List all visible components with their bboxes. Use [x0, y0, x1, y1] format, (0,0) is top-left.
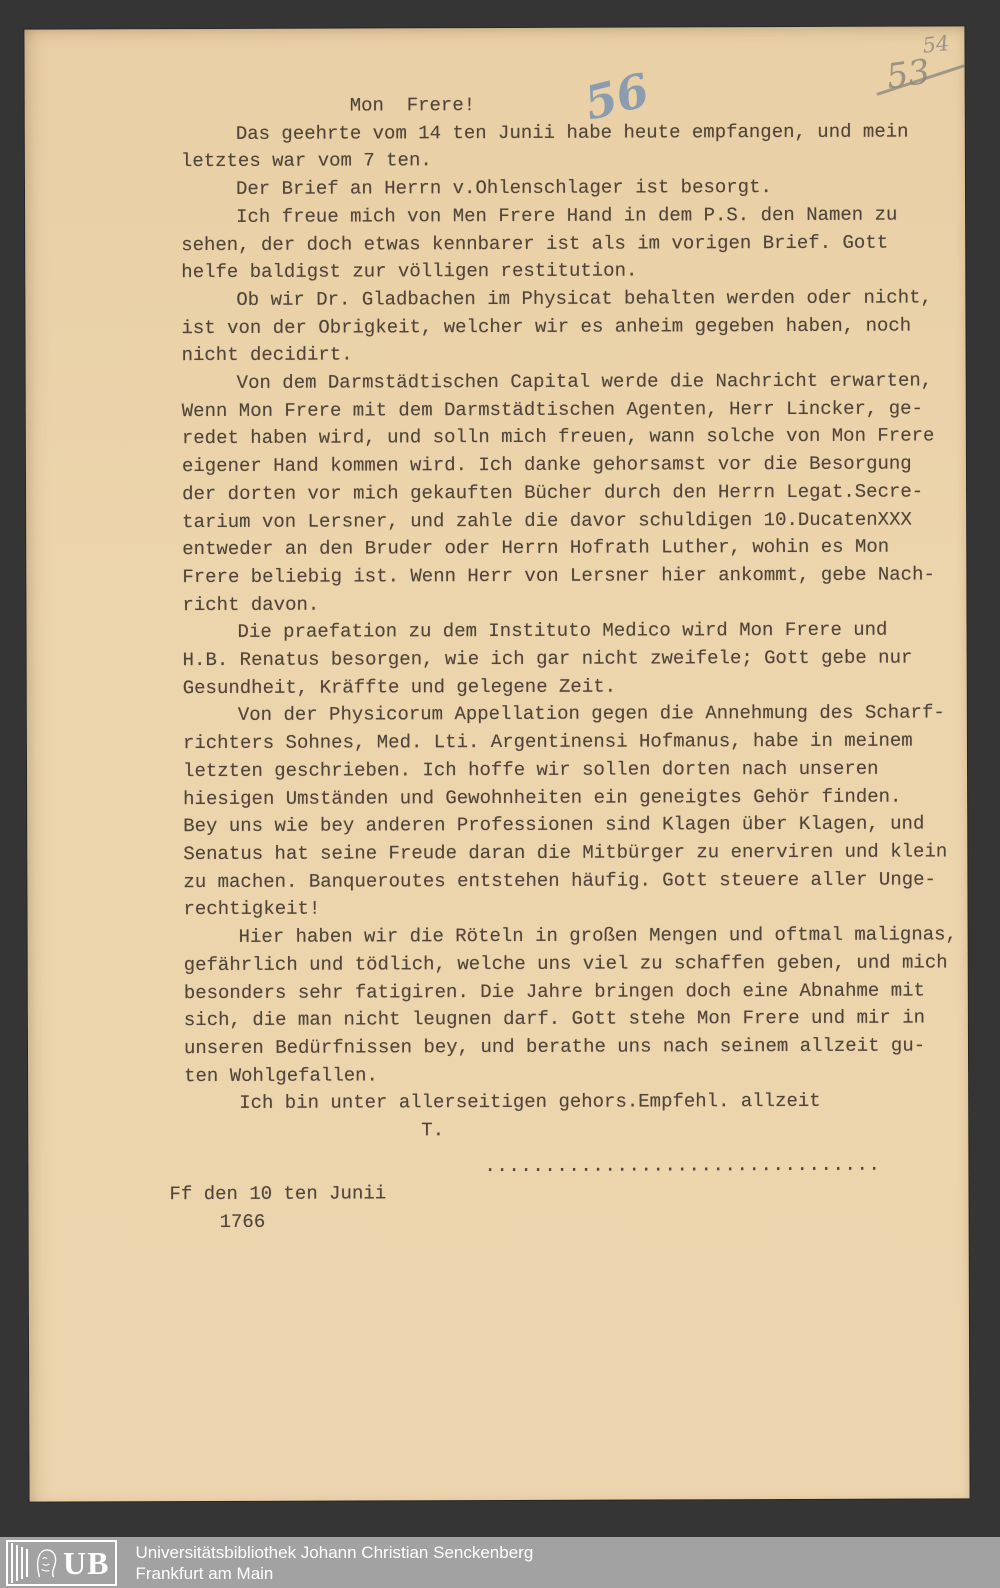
- library-name: Universitätsbibliothek Johann Christian …: [135, 1542, 533, 1584]
- salutation: Mon Frere!: [350, 90, 951, 120]
- letter-line: Hier haben wir die Röteln in großen Meng…: [184, 922, 954, 952]
- letter-line: eigener Hand kommen wird. Ich danke geho…: [182, 451, 952, 481]
- year-line: 1766: [220, 1207, 955, 1237]
- dotted-rule: .................................: [484, 1151, 954, 1180]
- letter-line: Die praefation zu dem Instituto Medico w…: [182, 617, 952, 647]
- letter-line: Frere beliebig ist. Wenn Herr von Lersne…: [182, 561, 952, 591]
- letter-line: Ich freue mich von Men Frere Hand in dem…: [181, 201, 951, 231]
- letter-line: rechtigkeit!: [183, 894, 953, 924]
- letter-line: der dorten vor mich gekauften Bücher dur…: [182, 478, 952, 508]
- letter-line: Von dem Darmstädtischen Capital werde di…: [182, 367, 952, 397]
- letter-line: Ich bin unter allerseitigen gehors.Empfe…: [184, 1088, 954, 1118]
- library-footer-bar: UB Universitätsbibliothek Johann Christi…: [0, 1537, 1000, 1588]
- letter-line: Von der Physicorum Appellation gegen die…: [183, 700, 953, 730]
- letter-line: tarium von Lersner, und zahle die davor …: [182, 506, 952, 536]
- letter-line: ist von der Obrigkeit, welcher wir es an…: [181, 312, 951, 342]
- book-stripes-icon: [11, 1543, 28, 1583]
- library-name-line2: Frankfurt am Main: [135, 1563, 533, 1584]
- ub-logo-abbr: UB: [63, 1547, 109, 1579]
- letter-line: Bey uns wie bey anderen Professionen sin…: [183, 811, 953, 841]
- letter-line: ten Wohlgefallen.: [184, 1060, 954, 1090]
- letter-line: Das geehrte vom 14 ten Junii habe heute …: [181, 118, 951, 148]
- closing-initial: T.: [421, 1115, 954, 1145]
- letter-line: Gesundheit, Kräffte und gelegene Zeit.: [183, 672, 953, 702]
- letter-line: H.B. Renatus besorgen, wie ich gar nicht…: [183, 644, 953, 674]
- letter-line: Senatus hat seine Freude daran die Mitbü…: [183, 838, 953, 868]
- letter-line: sehen, der doch etwas kennbarer ist als …: [181, 229, 951, 259]
- letter-line: letzten geschrieben. Ich hoffe wir solle…: [183, 755, 953, 785]
- letter-line: Ob wir Dr. Gladbachen im Physicat behalt…: [181, 284, 951, 314]
- letter-line: hiesigen Umständen und Gewohnheiten ein …: [183, 783, 953, 813]
- letter-line: gefährlich und tödlich, welche uns viel …: [184, 949, 954, 979]
- goethe-portrait-icon: [33, 1546, 59, 1580]
- letter-page: 56 53 54 Mon Frere! Das geehrte vom 14 t…: [24, 26, 969, 1501]
- letter-line: redet haben wird, und solln mich freuen,…: [182, 423, 952, 453]
- letter-line: entweder an den Bruder oder Herrn Hofrat…: [182, 534, 952, 564]
- letter-line: besonders sehr fatigiren. Die Jahre brin…: [184, 977, 954, 1007]
- letter-body: Mon Frere! Das geehrte vom 14 ten Junii …: [181, 90, 955, 1237]
- letter-line: helfe baldigst zur völligen restitution.: [181, 257, 951, 287]
- letter-line: sich, die man nicht leugnen darf. Gott s…: [184, 1005, 954, 1035]
- letter-line: unseren Bedürfnissen bey, und berathe un…: [184, 1032, 954, 1062]
- letter-line: nicht decidirt.: [182, 340, 952, 370]
- letter-line: richters Sohnes, Med. Lti. Argentinensi …: [183, 728, 953, 758]
- ub-logo: UB: [6, 1540, 117, 1586]
- archival-number-replacement: 54: [921, 31, 950, 58]
- scan-background: 56 53 54 Mon Frere! Das geehrte vom 14 t…: [0, 0, 1000, 1588]
- letter-line: richt davon.: [182, 589, 952, 619]
- letter-line: zu machen. Banqueroutes entstehen häufig…: [183, 866, 953, 896]
- letter-line: Wenn Mon Frere mit dem Darmstädtischen A…: [182, 395, 952, 425]
- place-date-line: Ff den 10 ten Junii: [169, 1179, 954, 1209]
- library-name-line1: Universitätsbibliothek Johann Christian …: [135, 1542, 533, 1563]
- letter-line: Der Brief an Herrn v.Ohlenschlager ist b…: [181, 174, 951, 204]
- letter-line: letztes war vom 7 ten.: [181, 146, 951, 176]
- letter-lines: Das geehrte vom 14 ten Junii habe heute …: [181, 118, 954, 1118]
